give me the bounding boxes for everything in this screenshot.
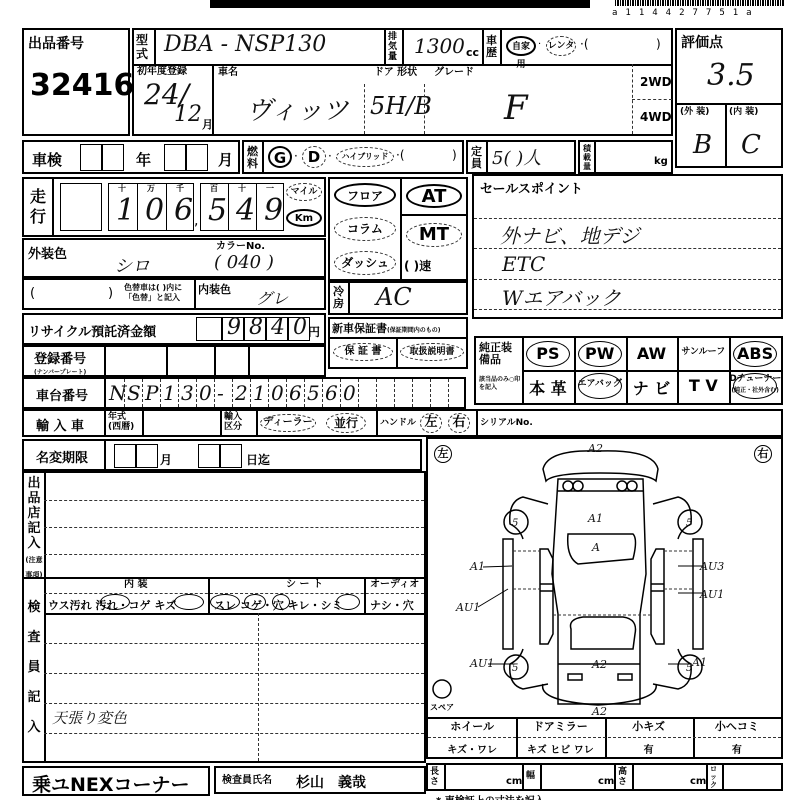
car-name: ヴィッツ: [246, 90, 348, 127]
warranty-label: 新車保証書(保証期間内のもの): [332, 320, 441, 336]
chassis-char: 0: [343, 381, 356, 405]
import-box: 輸 入 車 年式(西暦) 輸入区分 ディーラー 並行 ハンドル 左 右 シリアル…: [22, 409, 783, 437]
fuel-option-gasoline[interactable]: G: [268, 146, 292, 168]
name-change-day-2[interactable]: [220, 444, 242, 468]
spare-label: スペア: [430, 703, 454, 713]
corner-name: 乗ユNEXコーナー: [32, 770, 190, 797]
part-label: ホイール: [428, 722, 516, 732]
chassis-char: 3: [181, 381, 194, 405]
interior-color-label: 内装色: [198, 281, 231, 297]
history-sep: ·: [538, 39, 541, 50]
seat-section-label: シ ー ト: [286, 580, 323, 590]
equipment-item[interactable]: サンルーフ: [677, 344, 729, 357]
chassis-char: 6: [289, 381, 302, 405]
capacity-value: 5( )人: [492, 144, 541, 170]
load-label: 積載量: [583, 144, 591, 171]
registration-box: 登録番号(ナンバープレート): [22, 345, 326, 377]
model-code: DBA - NSP130: [164, 32, 326, 57]
exterior-score: B: [693, 130, 712, 160]
length-unit: cm: [506, 777, 522, 787]
lot-label: 出品番号: [28, 33, 84, 53]
svg-text:A2: A2: [587, 442, 603, 455]
seller-notes-label: 出品店記入(注意事項): [25, 476, 43, 581]
chassis-char: 0: [199, 381, 212, 405]
shaken-year-box-1[interactable]: [80, 144, 102, 171]
dimensions-box: 長さ cm 幅 cm 高さ cm ロック: [426, 763, 783, 791]
part-value: キズ・ワレ: [428, 741, 516, 756]
model-label: 型式: [136, 33, 148, 61]
chassis-char: 1: [253, 381, 266, 405]
interior-score-label: (内 装): [729, 107, 758, 117]
score-box: 評価点 3.5 (外 装) (内 装) B C: [675, 28, 783, 168]
serial-label: シリアルNo.: [480, 418, 533, 428]
svg-text:5: 5: [512, 663, 518, 674]
shift-box: フロア コラム ダッシュ AT MT ( )速: [328, 177, 468, 281]
part-label: 小キズ: [605, 722, 693, 732]
ac-box: 冷房 AC: [328, 281, 468, 315]
inspector-notes-label: 検査員記入: [25, 593, 43, 743]
length-label: 長さ: [430, 767, 439, 787]
import-class-label: 輸入区分: [224, 412, 242, 432]
part-value: 有: [605, 741, 693, 756]
displacement-label: 排気量: [388, 32, 400, 62]
audio-section-label: オーディオ: [370, 580, 419, 590]
form-title-bar: [210, 0, 590, 8]
recycle-label: リサイクル預託済金額: [28, 321, 156, 340]
fuel-sep-2: ·: [328, 149, 332, 163]
load-unit: kg: [654, 156, 668, 167]
audio-items: ナシ・穴: [370, 597, 414, 613]
barcode: [615, 0, 785, 6]
svg-text:A: A: [591, 541, 600, 554]
fuel-other: ·(: [396, 148, 405, 162]
equipment-item[interactable]: 本 革: [522, 376, 574, 399]
chassis-char: P: [145, 381, 158, 405]
chassis-char: 5: [307, 381, 320, 405]
height-label: 高さ: [618, 767, 627, 787]
shaken-year-suffix: 年: [136, 149, 151, 170]
interior-scratch-circle: [174, 594, 204, 610]
fuel-sep-1: ·: [294, 149, 298, 163]
sales-points-label: セールスポイント: [480, 178, 583, 197]
inspector-name: 杉山 義哉: [296, 772, 366, 792]
part-label: ドアミラー: [516, 722, 604, 732]
part-label: 小ヘコミ: [693, 722, 781, 732]
notes-panel: 出品店記入(注意事項) 内 装 シ ー ト オーディオ ウス汚れ 汚れ・コゲ キ…: [22, 471, 426, 763]
sales-point-3: Wエアバック: [502, 282, 621, 311]
name-change-month-suffix: 月: [160, 451, 172, 468]
seat-stain-circle: [336, 594, 360, 610]
drive-4wd[interactable]: 4WD: [640, 110, 672, 124]
name-change-box: 名変期限 月 日迄: [22, 439, 422, 471]
shift-dash[interactable]: ダッシュ: [334, 251, 396, 275]
interior-stain-circle: [100, 594, 130, 610]
mileage-digit: 5: [208, 193, 227, 228]
chassis-char: -: [217, 381, 224, 405]
svg-text:A1: A1: [469, 560, 485, 573]
equipment-circled-mark: [526, 341, 570, 367]
shaken-year-box-2[interactable]: [102, 144, 124, 171]
interior-score: C: [741, 130, 761, 160]
svg-text:5: 5: [512, 518, 518, 529]
shaken-month-box-2[interactable]: [186, 144, 208, 171]
parts-condition-box: ホイールキズ・ワレドアミラーキズ ヒビ ワレ小キズ有小ヘコミ有: [426, 717, 783, 759]
equipment-label: 純正装備品: [479, 342, 519, 366]
shaken-month-suffix: 月: [218, 149, 233, 170]
capacity-box: 定員 5( )人: [466, 140, 576, 174]
history-other: ·(: [580, 37, 589, 51]
chassis-char: 6: [325, 381, 338, 405]
svg-text:5: 5: [686, 518, 692, 529]
warranty-option-card[interactable]: 保 証 書: [333, 343, 393, 361]
warranty-option-manual[interactable]: 取扱説明書: [400, 343, 464, 361]
recycle-digit: 9: [227, 315, 241, 340]
import-label: 輸 入 車: [36, 415, 84, 434]
warranty-box: 新車保証書(保証期間内のもの) 保 証 書 取扱説明書: [328, 317, 468, 369]
import-option-parallel[interactable]: 並行: [326, 413, 366, 433]
color-no-label: カラーNo.: [216, 242, 265, 252]
name-change-month-1[interactable]: [114, 444, 136, 468]
inspector-box: 検査員氏名 杉山 義哉: [214, 766, 426, 794]
lot-box: 出品番号 32416: [22, 28, 130, 136]
handle-label: ハンドル: [380, 418, 416, 428]
name-change-month-2[interactable]: [136, 444, 158, 468]
exterior-score-label: (外 装): [680, 107, 709, 117]
shaken-month-box-1[interactable]: [164, 144, 186, 171]
color-change-note: 色替車は( )内に「色替」と記入: [124, 283, 182, 303]
exterior-color: シロ: [114, 252, 150, 278]
svg-text:5: 5: [686, 663, 692, 674]
lock-label: ロック: [710, 765, 717, 789]
history-option-private[interactable]: 自家用: [506, 36, 536, 56]
registration-label: 登録番号(ナンバープレート): [34, 348, 86, 376]
equipment-note: 該当品のみ○印を記入: [479, 376, 521, 392]
recycle-unit: 円: [308, 323, 320, 340]
interior-color: グレ: [256, 286, 288, 309]
part-value: 有: [693, 741, 781, 756]
fuel-option-hybrid[interactable]: ハイブリッド: [336, 147, 394, 167]
fuel-label: 燃料: [247, 146, 258, 170]
interior-section-label: 内 装: [124, 580, 147, 590]
dims-footnote: * 車検証上の寸法を記入: [436, 792, 545, 800]
chassis-char: 2: [235, 381, 248, 405]
lot-number: 32416: [30, 68, 134, 103]
mileage-box: 走行 十1万0千6百5十4一9, マイル Km: [22, 177, 326, 237]
unit-option-mile[interactable]: マイル: [286, 183, 322, 201]
color-change-close: ): [108, 286, 113, 301]
import-option-dealer[interactable]: ディーラー: [260, 414, 316, 432]
color-change-box: ( ) 色替車は( )内に「色替」と記入 内装色 グレ: [22, 278, 326, 310]
shift-column[interactable]: コラム: [334, 217, 396, 241]
equipment-circled-mark: [733, 373, 777, 399]
name-change-day-1[interactable]: [198, 444, 220, 468]
exterior-color-box: 外装色 シロ カラーNo. ( 040 ): [22, 238, 326, 278]
width-label: 幅: [526, 771, 535, 781]
seat-burn-circle: [244, 594, 266, 610]
corner-box: 乗ユNEXコーナー: [22, 766, 210, 796]
equipment-box: 純正装備品 該当品のみ○印を記入 PSPWAWサンルーフABS本 革エアバッグナ…: [474, 336, 783, 405]
capacity-label: 定員: [471, 146, 482, 170]
grade-value: F: [504, 88, 528, 128]
recycle-box: リサイクル預託済金額 9840 円: [22, 313, 326, 345]
car-diagram-icon: A2 A1 A A1 AU1 AU1 AU3 AU1 A2 A1 A2 5 5 …: [428, 439, 781, 717]
displacement-value: 1300: [414, 34, 465, 58]
mileage-digit: 1: [116, 193, 135, 228]
score-label: 評価点: [681, 32, 723, 52]
mileage-digit: 6: [174, 193, 193, 228]
chassis-char: S: [127, 381, 141, 405]
seat-wear-circle: [210, 594, 240, 610]
mileage-digit-blank: [60, 183, 102, 231]
history-option-rental[interactable]: レンタ: [546, 36, 576, 56]
history-label: 車歴: [486, 35, 497, 59]
equipment-item[interactable]: T V: [677, 376, 729, 395]
svg-text:AU1: AU1: [455, 601, 480, 614]
mileage-digit: 9: [264, 193, 283, 228]
svg-text:A1: A1: [691, 656, 707, 669]
equipment-item[interactable]: ナ ビ: [626, 376, 678, 399]
equipment-item[interactable]: AW: [626, 344, 678, 363]
sales-point-2: ETC: [502, 252, 545, 276]
recycle-digit: 8: [249, 315, 263, 340]
width-unit: cm: [598, 777, 614, 787]
svg-text:A1: A1: [587, 512, 603, 525]
sales-points-box: セールスポイント 外ナビ、地デジ ETC Wエアバック: [472, 174, 783, 319]
ac-value: AC: [376, 283, 412, 311]
shift-mt[interactable]: MT: [406, 223, 462, 247]
mileage-digit: 4: [236, 193, 255, 228]
recycle-cell-blank: [196, 317, 222, 341]
exterior-color-label: 外装色: [28, 243, 67, 262]
svg-text:AU1: AU1: [699, 588, 724, 601]
door-shape: 5H/B: [370, 92, 432, 120]
chassis-char: 1: [163, 381, 176, 405]
name-change-day-suffix: 日迄: [246, 451, 270, 468]
recycle-digit: 0: [293, 315, 307, 340]
chassis-box: 車台番号 NSP130-2106560: [22, 377, 466, 409]
damage-diagram: 左 右: [426, 437, 783, 719]
shift-speed: ( )速: [404, 257, 431, 274]
mileage-digit: 0: [145, 193, 164, 228]
score-value: 3.5: [707, 58, 755, 93]
load-box: 積載量 kg: [578, 140, 673, 174]
chassis-char: N: [109, 381, 127, 405]
barcode-number: a114427751a: [612, 8, 760, 18]
unit-option-km[interactable]: Km: [286, 209, 322, 227]
chassis-label: 車台番号: [36, 385, 88, 404]
part-value: キズ ヒビ ワレ: [516, 741, 604, 756]
car-name-label: 車名: [218, 68, 238, 78]
equipment-circled-mark: [733, 341, 777, 367]
vehicle-info-box: 型式 DBA - NSP130 排気量 1300 cc 車歴 自家用 · レンタ…: [132, 28, 673, 136]
mileage-comma: ,: [194, 213, 198, 229]
grade-label: グレード: [434, 68, 474, 78]
recycle-digit: 4: [271, 315, 285, 340]
height-unit: cm: [690, 777, 706, 787]
shaken-label: 車検: [32, 149, 62, 170]
fuel-box: 燃料 G · D · ハイブリッド ·( ): [242, 140, 464, 174]
handle-right[interactable]: 右: [448, 413, 470, 433]
color-no: ( 040 ): [214, 252, 274, 273]
first-registration-label: 初年度登録: [137, 67, 187, 77]
fuel-close: ): [452, 148, 457, 162]
inspector-note-headliner: 天張り変色: [52, 707, 127, 728]
ac-label: 冷房: [333, 286, 344, 310]
history-close: ): [656, 37, 661, 51]
sales-point-1: 外ナビ、地デジ: [500, 220, 639, 249]
inspector-label: 検査員氏名: [222, 776, 272, 786]
doors-label: ドア 形状: [374, 68, 417, 78]
equipment-circled-mark: [578, 373, 622, 399]
shaken-box: 車検 年 月: [22, 140, 240, 174]
mileage-label: 走行: [30, 187, 46, 227]
shift-at[interactable]: AT: [406, 184, 462, 208]
handle-left[interactable]: 左: [420, 413, 442, 433]
name-change-label: 名変期限: [36, 447, 88, 466]
chassis-char: 0: [271, 381, 284, 405]
color-change-open: (: [30, 286, 35, 301]
seat-hole-circle: [272, 594, 290, 610]
fuel-option-diesel[interactable]: D: [302, 146, 326, 168]
import-year-label: 年式(西暦): [108, 412, 134, 432]
displacement-unit: cc: [466, 46, 479, 59]
equipment-circled-mark: [578, 341, 622, 367]
svg-text:A2: A2: [591, 658, 607, 671]
drive-2wd[interactable]: 2WD: [640, 75, 672, 89]
first-registration-month: 12: [174, 102, 202, 127]
shift-floor[interactable]: フロア: [334, 183, 396, 207]
svg-text:A2: A2: [591, 705, 607, 717]
